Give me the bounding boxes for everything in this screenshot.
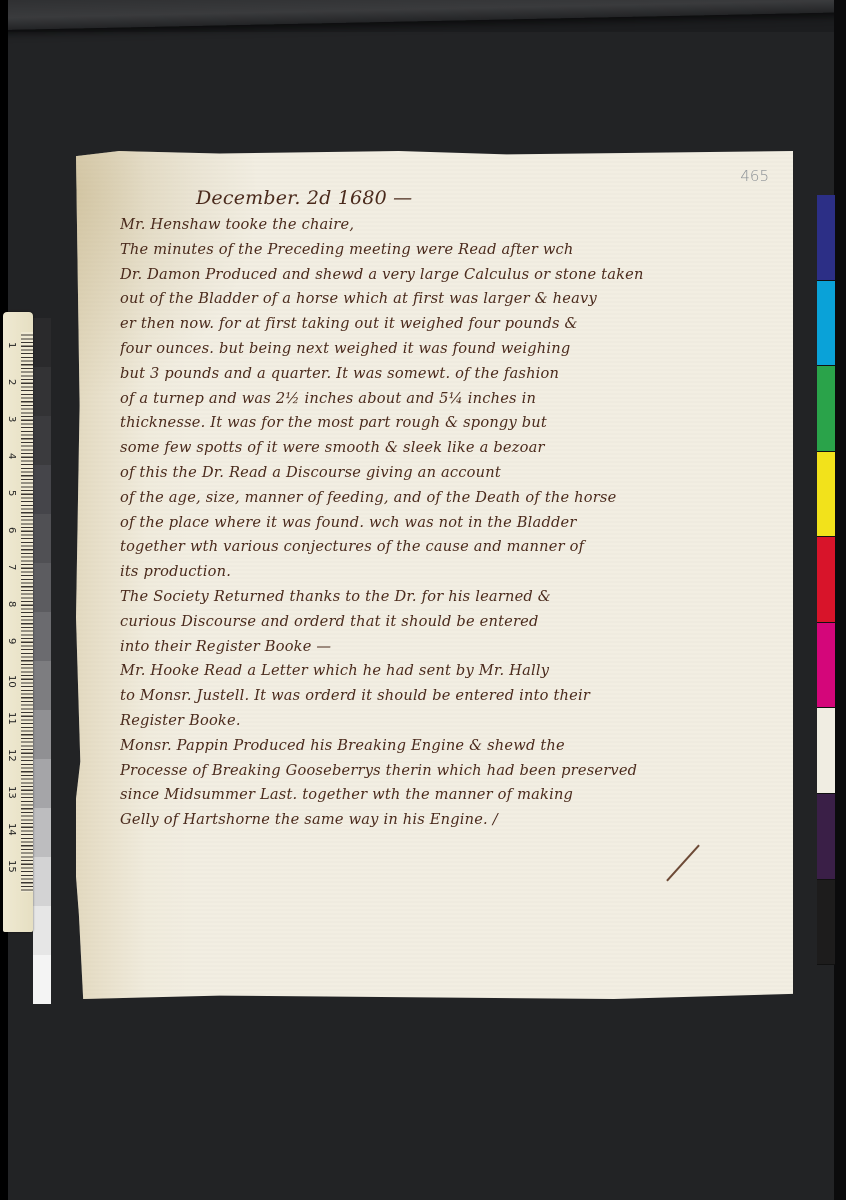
- color-patch: [817, 452, 835, 538]
- manuscript-line: Monsr. Pappin Produced his Breaking Engi…: [120, 734, 770, 759]
- ruler-label: 7: [6, 564, 17, 570]
- color-patch: [817, 708, 835, 794]
- color-patch: [817, 623, 835, 709]
- color-patch: [817, 537, 835, 623]
- manuscript-line: some few spotts of it were smooth & slee…: [120, 436, 770, 461]
- right-frame-edge: [834, 0, 846, 1200]
- gray-patch: [33, 367, 51, 416]
- manuscript-line: curious Discourse and orderd that it sho…: [120, 610, 770, 635]
- ruler-label: 4: [6, 453, 17, 459]
- ruler-label: 3: [6, 416, 17, 422]
- color-patch: [817, 281, 835, 367]
- ruler-label: 15: [6, 860, 17, 873]
- gray-patch: [33, 808, 51, 857]
- gray-patch: [33, 759, 51, 808]
- manuscript-line: to Monsr. Justell. It was orderd it shou…: [120, 684, 770, 709]
- gray-patch: [33, 955, 51, 1004]
- ruler-label: 5: [6, 490, 17, 496]
- ruler-label: 13: [6, 786, 17, 799]
- manuscript-line: Processe of Breaking Gooseberrys therin …: [120, 759, 770, 784]
- manuscript-line: of a turnep and was 2½ inches about and …: [120, 387, 770, 412]
- manuscript-line: er then now. for at first taking out it …: [120, 312, 770, 337]
- manuscript-line: Mr. Hooke Read a Letter which he had sen…: [120, 659, 770, 684]
- measurement-ruler: 123456789101112131415: [3, 312, 33, 932]
- manuscript-line: out of the Bladder of a horse which at f…: [120, 287, 770, 312]
- gray-patch: [33, 416, 51, 465]
- color-patch: [817, 195, 835, 281]
- date-heading: December. 2d 1680 —: [196, 183, 770, 213]
- ruler-label: 10: [6, 675, 17, 688]
- closing-pen-stroke: [666, 844, 700, 881]
- manuscript-line: The minutes of the Preceding meeting wer…: [120, 238, 770, 263]
- manuscript-line: four ounces. but being next weighed it w…: [120, 337, 770, 362]
- gray-patch: [33, 563, 51, 612]
- color-patch: [817, 794, 835, 880]
- gray-patch: [33, 710, 51, 759]
- manuscript-line: since Midsummer Last. together wth the m…: [120, 783, 770, 808]
- manuscript-text: December. 2d 1680 — Mr. Henshaw tooke th…: [120, 183, 770, 833]
- ruler-label: 9: [6, 638, 17, 644]
- gray-patch: [33, 857, 51, 906]
- ruler-label: 6: [6, 527, 17, 533]
- ruler-label: 14: [6, 823, 17, 836]
- gray-patch: [33, 514, 51, 563]
- gray-patch: [33, 612, 51, 661]
- gray-patch: [33, 906, 51, 955]
- manuscript-line: into their Register Booke —: [120, 635, 770, 660]
- manuscript-line: of the place where it was found. wch was…: [120, 511, 770, 536]
- color-patch: [817, 880, 835, 966]
- ruler-ticks: [21, 332, 33, 892]
- gray-patch: [33, 318, 51, 367]
- grayscale-reference-chart: [33, 318, 51, 1004]
- ruler-label: 12: [6, 749, 17, 762]
- ruler-label: 8: [6, 601, 17, 607]
- manuscript-line: together wth various conjectures of the …: [120, 535, 770, 560]
- color-reference-chart: [817, 195, 835, 965]
- manuscript-line: Dr. Damon Produced and shewd a very larg…: [120, 263, 770, 288]
- manuscript-line: The Society Returned thanks to the Dr. f…: [120, 585, 770, 610]
- gray-patch: [33, 661, 51, 710]
- manuscript-line: its production.: [120, 560, 770, 585]
- manuscript-line: thicknesse. It was for the most part rou…: [120, 411, 770, 436]
- manuscript-lines: Mr. Henshaw tooke the chaire,The minutes…: [120, 213, 770, 833]
- top-mount-strip: [0, 0, 846, 30]
- ruler-label: 11: [6, 712, 17, 725]
- manuscript-line: of this the Dr. Read a Discourse giving …: [120, 461, 770, 486]
- manuscript-line: Gelly of Hartshorne the same way in his …: [120, 808, 770, 833]
- ruler-label: 2: [6, 379, 17, 385]
- ruler-label: 1: [6, 342, 17, 348]
- manuscript-line: of the age, size, manner of feeding, and…: [120, 486, 770, 511]
- gray-patch: [33, 465, 51, 514]
- manuscript-line: Mr. Henshaw tooke the chaire,: [120, 213, 770, 238]
- color-patch: [817, 366, 835, 452]
- manuscript-line: but 3 pounds and a quarter. It was somew…: [120, 362, 770, 387]
- manuscript-line: Register Booke.: [120, 709, 770, 734]
- manuscript-page: 465 December. 2d 1680 — Mr. Henshaw took…: [76, 151, 793, 999]
